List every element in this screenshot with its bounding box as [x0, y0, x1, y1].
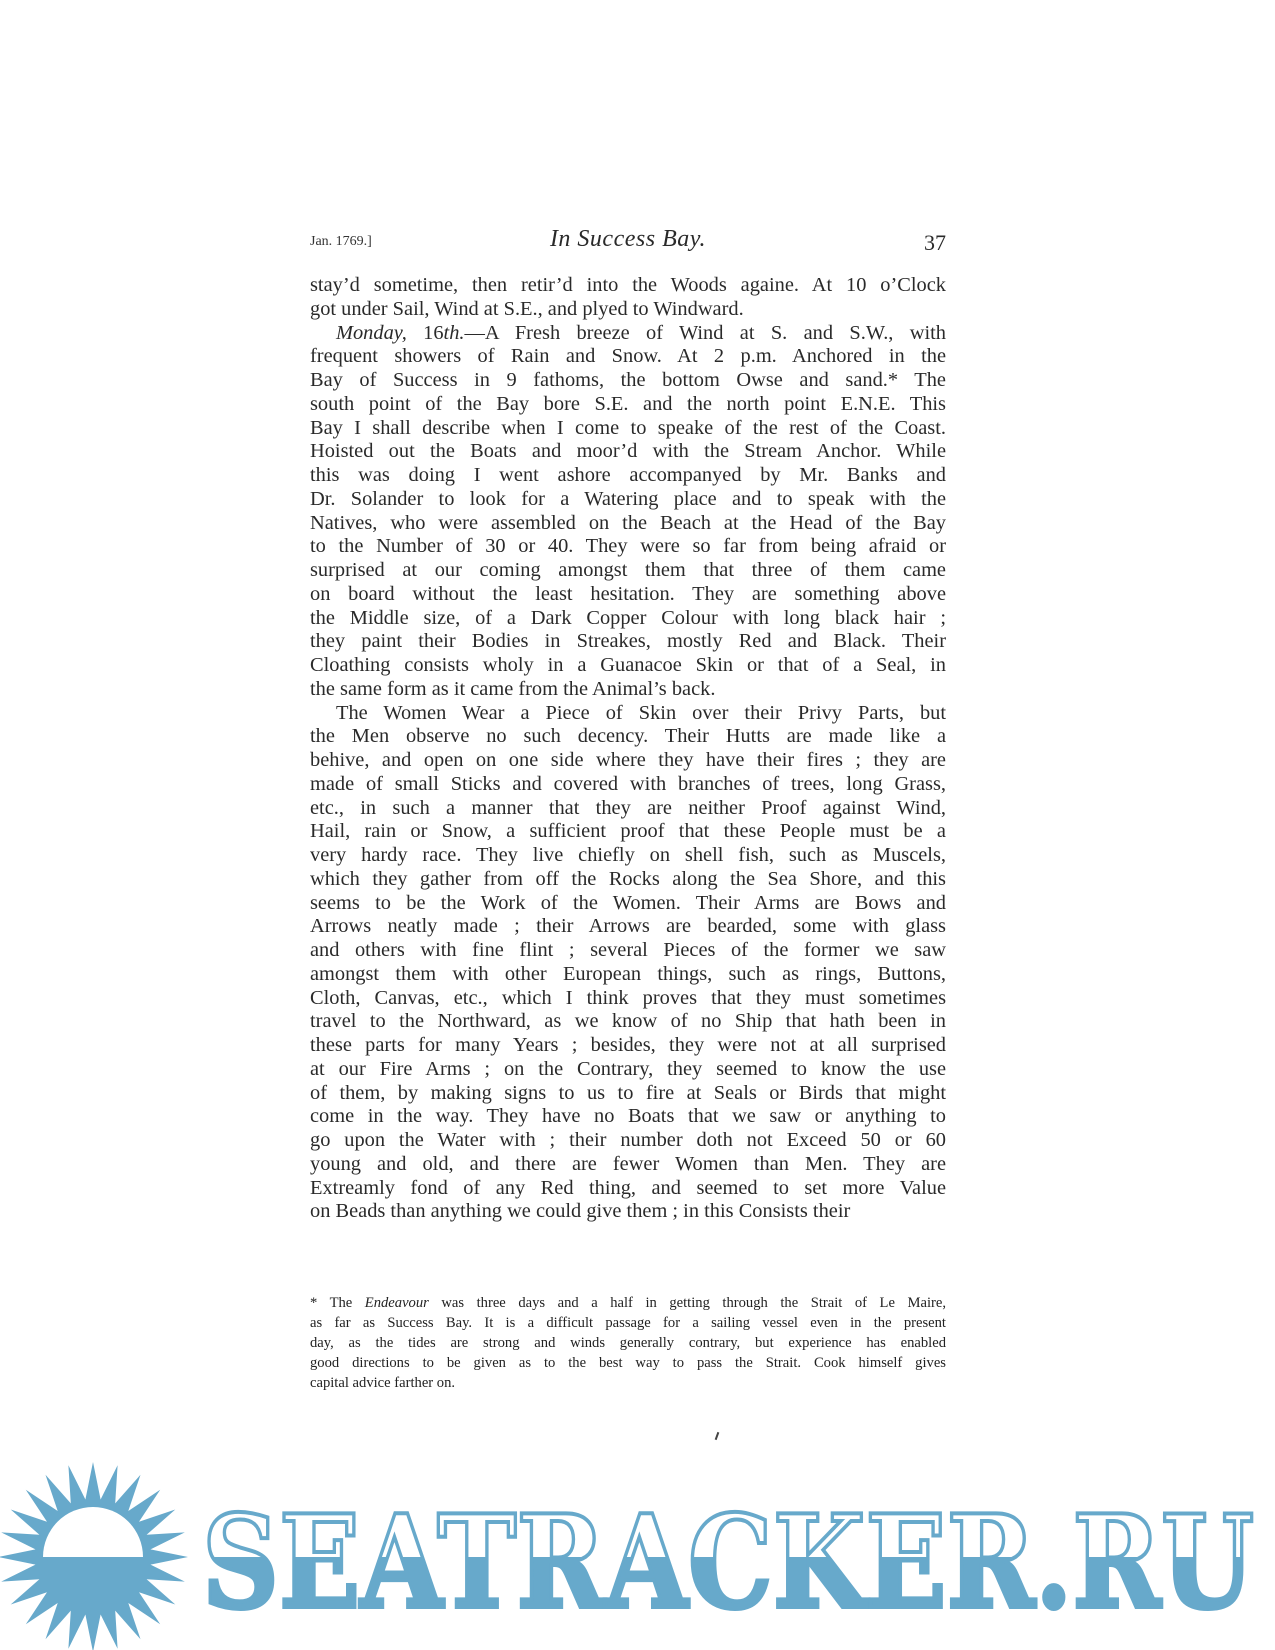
- line-text: etc., in such a manner that they are nei…: [310, 797, 946, 819]
- text-line: go upon the Water with ; their number do…: [310, 1129, 946, 1153]
- line-text: frequent showers of Rain and Snow. At 2 …: [310, 345, 946, 367]
- watermark-text: SEATRACKER.RU SEATRACKER.RU: [202, 1488, 1254, 1638]
- footnote-line: good directions to be given as to the be…: [310, 1353, 946, 1373]
- line-text: at our Fire Arms ; on the Contrary, they…: [310, 1058, 946, 1080]
- footnote: * The Endeavour was three days and a hal…: [310, 1293, 946, 1393]
- line-text: Cloth, Canvas, etc., which I think prove…: [310, 987, 946, 1009]
- line-text: south point of the Bay bore S.E. and the…: [310, 393, 946, 415]
- line-text: Dr. Solander to look for a Watering plac…: [310, 488, 946, 510]
- text-line: Monday, 16th.—A Fresh breeze of Wind at …: [310, 322, 946, 346]
- page-header: Jan. 1769.] In Success Bay. 37: [310, 226, 946, 260]
- line-text: they paint their Bodies in Streakes, mos…: [310, 630, 946, 652]
- line-text: Natives, who were assembled on the Beach…: [310, 512, 946, 534]
- text-line: this was doing I went ashore accompanyed…: [310, 464, 946, 488]
- entry-day: Monday,: [336, 322, 407, 344]
- text-line: young and old, and there are fewer Women…: [310, 1153, 946, 1177]
- running-title: In Success Bay.: [310, 226, 946, 253]
- line-text: Bay I shall describe when I come to spea…: [310, 417, 946, 439]
- text-line: frequent showers of Rain and Snow. At 2 …: [310, 345, 946, 369]
- body-text: stay’d sometime, then retir’d into the W…: [310, 274, 946, 1224]
- text-line: travel to the Northward, as we know of n…: [310, 1010, 946, 1034]
- line-text: and others with fine flint ; several Pie…: [310, 939, 946, 961]
- text-line: Hail, rain or Snow, a sufficient proof t…: [310, 820, 946, 844]
- line-text: come in the way. They have no Boats that…: [310, 1105, 946, 1127]
- text-line: very hardy race. They live chiefly on sh…: [310, 844, 946, 868]
- line-text: stay’d sometime, then retir’d into the W…: [310, 274, 946, 296]
- line-text: Cloathing consists wholy in a Guanacoe S…: [310, 654, 946, 676]
- footnote-line: as far as Success Bay. It is a difficult…: [310, 1313, 946, 1333]
- text-line: on board without the least hesitation. T…: [310, 583, 946, 607]
- line-text: the same form as it came from the Animal…: [310, 678, 715, 700]
- text-line: made of small Sticks and covered with br…: [310, 773, 946, 797]
- line-text: made of small Sticks and covered with br…: [310, 773, 946, 795]
- text-line: and others with fine flint ; several Pie…: [310, 939, 946, 963]
- text-line: behive, and open on one side where they …: [310, 749, 946, 773]
- text-line: The Women Wear a Piece of Skin over thei…: [310, 702, 946, 726]
- text-line: Extreamly fond of any Red thing, and see…: [310, 1177, 946, 1201]
- text-line: surprised at our coming amongst them tha…: [310, 559, 946, 583]
- text-line: Bay of Success in 9 fathoms, the bottom …: [310, 369, 946, 393]
- line-text: these parts for many Years ; besides, th…: [310, 1034, 946, 1056]
- sun-icon: [0, 1462, 188, 1650]
- text-line: at our Fire Arms ; on the Contrary, they…: [310, 1058, 946, 1082]
- line-text: on Beads than anything we could give the…: [310, 1200, 850, 1222]
- text-line: amongst them with other European things,…: [310, 963, 946, 987]
- line-text: got under Sail, Wind at S.E., and plyed …: [310, 298, 744, 320]
- line-text: surprised at our coming amongst them tha…: [310, 559, 946, 581]
- line-text: Hoisted out the Boats and moor’d with th…: [310, 440, 946, 462]
- line-text: this was doing I went ashore accompanyed…: [310, 464, 946, 486]
- page-number: 37: [924, 230, 946, 256]
- text-line: Cloth, Canvas, etc., which I think prove…: [310, 987, 946, 1011]
- text-line: of them, by making signs to us to fire a…: [310, 1082, 946, 1106]
- line-text: which they gather from off the Rocks alo…: [310, 868, 946, 890]
- text-line: on Beads than anything we could give the…: [310, 1200, 946, 1224]
- text-line: south point of the Bay bore S.E. and the…: [310, 393, 946, 417]
- text-line: etc., in such a manner that they are nei…: [310, 797, 946, 821]
- text-line: stay’d sometime, then retir’d into the W…: [310, 274, 946, 298]
- line-text: of them, by making signs to us to fire a…: [310, 1082, 946, 1104]
- text-line: Hoisted out the Boats and moor’d with th…: [310, 440, 946, 464]
- scan-mark: [715, 1432, 720, 1440]
- text-line: these parts for many Years ; besides, th…: [310, 1034, 946, 1058]
- text-line: Natives, who were assembled on the Beach…: [310, 512, 946, 536]
- text-line: got under Sail, Wind at S.E., and plyed …: [310, 298, 946, 322]
- line-text: on board without the least hesitation. T…: [310, 583, 946, 605]
- text-line: they paint their Bodies in Streakes, mos…: [310, 630, 946, 654]
- line-text: seems to be the Work of the Women. Their…: [310, 892, 946, 914]
- line-text: behive, and open on one side where they …: [310, 749, 946, 771]
- text-line: come in the way. They have no Boats that…: [310, 1105, 946, 1129]
- text-line: Dr. Solander to look for a Watering plac…: [310, 488, 946, 512]
- text-line: the Men observe no such decency. Their H…: [310, 725, 946, 749]
- line-text: go upon the Water with ; their number do…: [310, 1129, 946, 1151]
- line-text: Arrows neatly made ; their Arrows are be…: [310, 915, 946, 937]
- footnote-line: capital advice farther on.: [310, 1373, 946, 1393]
- line-text: Extreamly fond of any Red thing, and see…: [310, 1177, 946, 1199]
- line-text: travel to the Northward, as we know of n…: [310, 1010, 946, 1032]
- line-text: the Middle size, of a Dark Copper Colour…: [310, 607, 946, 629]
- footnote-line: day, as the tides are strong and winds g…: [310, 1333, 946, 1353]
- text-line: which they gather from off the Rocks alo…: [310, 868, 946, 892]
- line-text: young and old, and there are fewer Women…: [310, 1153, 946, 1175]
- text-line: the same form as it came from the Animal…: [310, 678, 946, 702]
- text-line: Cloathing consists wholy in a Guanacoe S…: [310, 654, 946, 678]
- entry-date-suffix: th.: [444, 322, 465, 344]
- line-text: very hardy race. They live chiefly on sh…: [310, 844, 946, 866]
- line-text: Bay of Success in 9 fathoms, the bottom …: [310, 369, 946, 391]
- footnote-line: * The Endeavour was three days and a hal…: [310, 1293, 946, 1313]
- text-line: to the Number of 30 or 40. They were so …: [310, 535, 946, 559]
- text-line: the Middle size, of a Dark Copper Colour…: [310, 607, 946, 631]
- line-text: to the Number of 30 or 40. They were so …: [310, 535, 946, 557]
- text-line: seems to be the Work of the Women. Their…: [310, 892, 946, 916]
- line-text: the Men observe no such decency. Their H…: [310, 725, 946, 747]
- footnote-line-1-rest: was three days and a half in getting thr…: [429, 1295, 946, 1311]
- line-text: amongst them with other European things,…: [310, 963, 946, 985]
- text-line: Arrows neatly made ; their Arrows are be…: [310, 915, 946, 939]
- footnote-marker: * The: [310, 1295, 365, 1311]
- line-text: The Women Wear a Piece of Skin over thei…: [336, 702, 946, 724]
- line-text: —A Fresh breeze of Wind at S. and S.W., …: [465, 322, 947, 344]
- text-line: Bay I shall describe when I come to spea…: [310, 417, 946, 441]
- entry-date: 16: [407, 322, 444, 344]
- ship-name: Endeavour: [365, 1295, 429, 1311]
- line-text: Hail, rain or Snow, a sufficient proof t…: [310, 820, 946, 842]
- watermark: SEATRACKER.RU SEATRACKER.RU: [0, 1455, 1275, 1650]
